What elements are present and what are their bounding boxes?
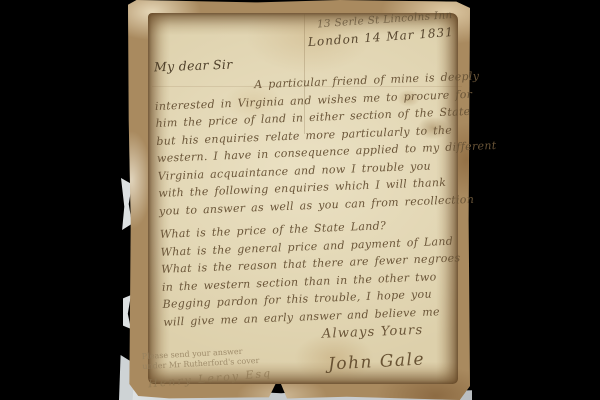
enquiries-block: What is the price of the State Land? Wha… <box>160 214 470 296</box>
letter-photo: 13 Serle St Lincolns Inn London 14 Mar 1… <box>128 0 470 400</box>
letter-body: A particular friend of mine is deeply in… <box>154 68 472 348</box>
salutation: My dear Sir <box>154 57 233 75</box>
photo-stage: 13 Serle St Lincolns Inn London 14 Mar 1… <box>0 0 600 400</box>
